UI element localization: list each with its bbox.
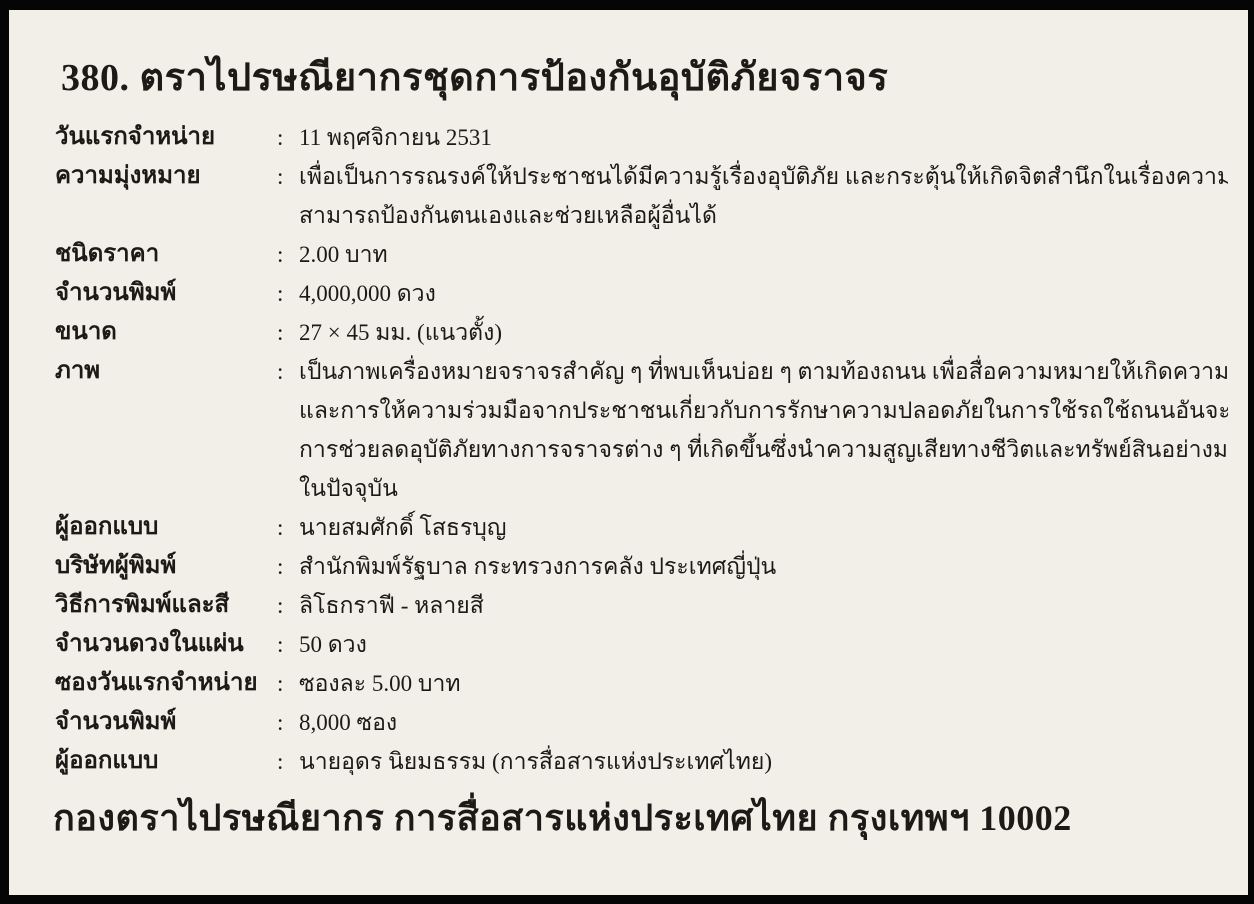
row-value: 11 พฤศจิกายน 2531 — [299, 118, 1228, 157]
row-value: 27 × 45 มม. (แนวตั้ง) — [299, 313, 1228, 352]
value-line: ในปัจจุบัน — [299, 469, 1228, 508]
value-line: นายสมศักดิ์ โสธรบุญ — [299, 508, 1228, 547]
stamp-info-table: วันแรกจำหน่าย : 11 พฤศจิกายน 2531 ความมุ… — [47, 118, 1228, 781]
row-label: ความมุ่งหมาย — [55, 157, 277, 196]
value-line: ซองละ 5.00 บาท — [299, 664, 1228, 703]
info-row: จำนวนดวงในแผ่น : 50 ดวง — [47, 625, 1228, 664]
row-colon: : — [277, 274, 299, 313]
row-label: จำนวนพิมพ์ — [55, 703, 277, 742]
row-value: 4,000,000 ดวง — [299, 274, 1228, 313]
info-row: จำนวนพิมพ์ : 4,000,000 ดวง — [47, 274, 1228, 313]
row-value: นายอุดร นิยมธรรม (การสื่อสารแห่งประเทศไท… — [299, 742, 1228, 781]
value-line: 4,000,000 ดวง — [299, 274, 1228, 313]
value-line: ลิโธกราฟี - หลายสี — [299, 586, 1228, 625]
row-label: ภาพ — [55, 352, 277, 391]
row-colon: : — [277, 313, 299, 352]
scan-frame: 380. ตราไปรษณียากรชุดการป้องกันอุบัติภัย… — [0, 0, 1254, 904]
info-row: ผู้ออกแบบ : นายสมศักดิ์ โสธรบุญ — [47, 508, 1228, 547]
info-row: ชนิดราคา : 2.00 บาท — [47, 235, 1228, 274]
row-colon: : — [277, 586, 299, 625]
value-line: สำนักพิมพ์รัฐบาล กระทรวงการคลัง ประเทศญี… — [299, 547, 1228, 586]
row-colon: : — [277, 703, 299, 742]
row-label: จำนวนดวงในแผ่น — [55, 625, 277, 664]
row-colon: : — [277, 508, 299, 547]
row-label: ขนาด — [55, 313, 277, 352]
value-line: 2.00 บาท — [299, 235, 1228, 274]
row-value: เป็นภาพเครื่องหมายจราจรสำคัญ ๆ ที่พบเห็น… — [299, 352, 1228, 508]
row-colon: : — [277, 625, 299, 664]
row-label: บริษัทผู้พิมพ์ — [55, 547, 277, 586]
info-row: วิธีการพิมพ์และสี : ลิโธกราฟี - หลายสี — [47, 586, 1228, 625]
row-label: ซองวันแรกจำหน่าย — [55, 664, 277, 703]
value-line: 27 × 45 มม. (แนวตั้ง) — [299, 313, 1228, 352]
row-label: ผู้ออกแบบ — [55, 508, 277, 547]
row-value: 50 ดวง — [299, 625, 1228, 664]
info-row: ความมุ่งหมาย : เพื่อเป็นการรณรงค์ให้ประช… — [47, 157, 1228, 235]
row-value: ลิโธกราฟี - หลายสี — [299, 586, 1228, 625]
row-value: ซองละ 5.00 บาท — [299, 664, 1228, 703]
catalog-card: 380. ตราไปรษณียากรชุดการป้องกันอุบัติภัย… — [9, 10, 1248, 895]
info-row: วันแรกจำหน่าย : 11 พฤศจิกายน 2531 — [47, 118, 1228, 157]
info-row: ซองวันแรกจำหน่าย : ซองละ 5.00 บาท — [47, 664, 1228, 703]
value-line: 8,000 ซอง — [299, 703, 1228, 742]
value-line: เพื่อเป็นการรณรงค์ให้ประชาชนได้มีความรู้… — [299, 157, 1228, 196]
value-line: 11 พฤศจิกายน 2531 — [299, 118, 1228, 157]
row-value: 8,000 ซอง — [299, 703, 1228, 742]
value-line: 50 ดวง — [299, 625, 1228, 664]
row-value: สำนักพิมพ์รัฐบาล กระทรวงการคลัง ประเทศญี… — [299, 547, 1228, 586]
row-colon: : — [277, 742, 299, 781]
issuer-footer: กองตราไปรษณียากร การสื่อสารแห่งประเทศไทย… — [53, 793, 1228, 843]
row-label: จำนวนพิมพ์ — [55, 274, 277, 313]
value-line: สามารถป้องกันตนเองและช่วยเหลือผู้อื่นได้ — [299, 196, 1228, 235]
value-line: การช่วยลดอุบัติภัยทางการจราจรต่าง ๆ ที่เ… — [299, 430, 1228, 469]
row-colon: : — [277, 118, 299, 157]
value-line: และการให้ความร่วมมือจากประชาชนเกี่ยวกับก… — [299, 391, 1228, 430]
row-label: ผู้ออกแบบ — [55, 742, 277, 781]
row-label: วิธีการพิมพ์และสี — [55, 586, 277, 625]
row-colon: : — [277, 547, 299, 586]
info-row: จำนวนพิมพ์ : 8,000 ซอง — [47, 703, 1228, 742]
row-value: นายสมศักดิ์ โสธรบุญ — [299, 508, 1228, 547]
info-row: ภาพ : เป็นภาพเครื่องหมายจราจรสำคัญ ๆ ที่… — [47, 352, 1228, 508]
value-line: นายอุดร นิยมธรรม (การสื่อสารแห่งประเทศไท… — [299, 742, 1228, 781]
row-colon: : — [277, 157, 299, 196]
row-label: วันแรกจำหน่าย — [55, 118, 277, 157]
row-label: ชนิดราคา — [55, 235, 277, 274]
row-colon: : — [277, 664, 299, 703]
info-row: ผู้ออกแบบ : นายอุดร นิยมธรรม (การสื่อสาร… — [47, 742, 1228, 781]
row-value: 2.00 บาท — [299, 235, 1228, 274]
info-row: บริษัทผู้พิมพ์ : สำนักพิมพ์รัฐบาล กระทรว… — [47, 547, 1228, 586]
row-colon: : — [277, 352, 299, 391]
value-line: เป็นภาพเครื่องหมายจราจรสำคัญ ๆ ที่พบเห็น… — [299, 352, 1228, 391]
page-title: 380. ตราไปรษณียากรชุดการป้องกันอุบัติภัย… — [61, 52, 1228, 104]
row-colon: : — [277, 235, 299, 274]
row-value: เพื่อเป็นการรณรงค์ให้ประชาชนได้มีความรู้… — [299, 157, 1228, 235]
info-row: ขนาด : 27 × 45 มม. (แนวตั้ง) — [47, 313, 1228, 352]
